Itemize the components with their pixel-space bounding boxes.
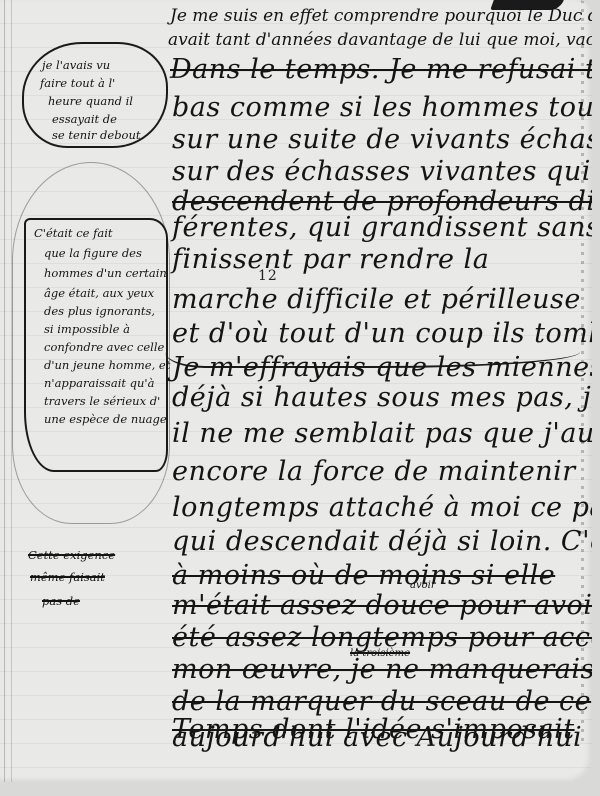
main-text-line: avait tant d'années davantage de lui que… <box>168 30 592 50</box>
main-text-line: Je me suis en effet comprendre pourquoi … <box>170 6 592 26</box>
margin-note-middle-line: travers le sérieux d' <box>44 392 160 410</box>
main-text-line: sur des échasses vivantes qui <box>172 156 591 187</box>
main-text-line: qui descendait déjà si loin. C'est <box>172 526 592 557</box>
main-text-line: m'était assez douce pour avoir <box>172 590 592 621</box>
main-text-line: sur une suite de vivants échasses, était <box>172 124 592 155</box>
margin-note-middle-line: C'était ce fait <box>34 224 113 242</box>
page-binding-edge <box>4 0 12 782</box>
margin-note-middle-line: si impossible à <box>44 320 130 338</box>
manuscript-page: je l'avais vu faire tout à l' heure quan… <box>0 0 592 782</box>
margin-note-bottom-line: Cette exigence <box>28 546 115 564</box>
main-text-line: Je m'effrayais que les miennes fussent <box>172 352 592 383</box>
margin-note-middle-line: âge était, aux yeux <box>44 284 154 302</box>
main-text-line: finissent par rendre la <box>172 244 489 275</box>
main-text-line: marche difficile et périlleuse <box>172 284 581 315</box>
margin-note-middle-line: d'un jeune homme, et <box>44 356 170 374</box>
margin-note-middle-line: une espèce de nuage <box>44 410 167 428</box>
main-text-line: encore la force de maintenir <box>172 456 576 487</box>
main-text-line: aujourd'hui avec Aujourd'hui l' <box>172 722 592 753</box>
margin-note-top-line: je l'avais vu <box>42 56 110 74</box>
main-text-line: et d'où tout d'un coup ils tombaient. <box>172 318 592 349</box>
main-text-line: Dans le temps. Je me refusai tant le <box>170 54 592 85</box>
margin-note-top-line: faire tout à l' <box>40 74 115 92</box>
main-text-line: de la marquer du sceau de ce <box>172 686 591 717</box>
main-text-line: bas comme si les hommes tous <box>172 92 592 123</box>
margin-note-top-line: heure quand il <box>48 92 133 110</box>
main-text-line: mon œuvre, je ne manquerais pas <box>172 654 592 685</box>
main-text-line: il ne me semblait pas que j'aurais <box>172 418 592 449</box>
margin-note-middle-line: que la figure des <box>44 244 142 262</box>
main-text-line: à moins où de moins si elle <box>172 560 555 591</box>
margin-note-middle-line: confondre avec celle <box>44 338 164 356</box>
margin-note-middle-line: n'apparaissait qu'à <box>44 374 154 392</box>
page-number: 12 <box>258 268 278 284</box>
main-text-line: férentes, qui grandissent sans cesse <box>172 212 592 243</box>
margin-note-bottom-line: même faisait <box>30 568 105 586</box>
margin-note-bottom-line: pas de <box>42 592 80 610</box>
margin-note-middle-line: des plus ignorants, <box>44 302 155 320</box>
main-text-line: déjà si hautes sous mes pas, j'avais <box>172 382 592 413</box>
margin-note-middle-line: hommes d'un certain <box>44 264 167 282</box>
main-text-line: longtemps attaché à moi ce passé <box>172 492 592 523</box>
margin-note-top-line: se tenir debout. <box>52 126 144 144</box>
